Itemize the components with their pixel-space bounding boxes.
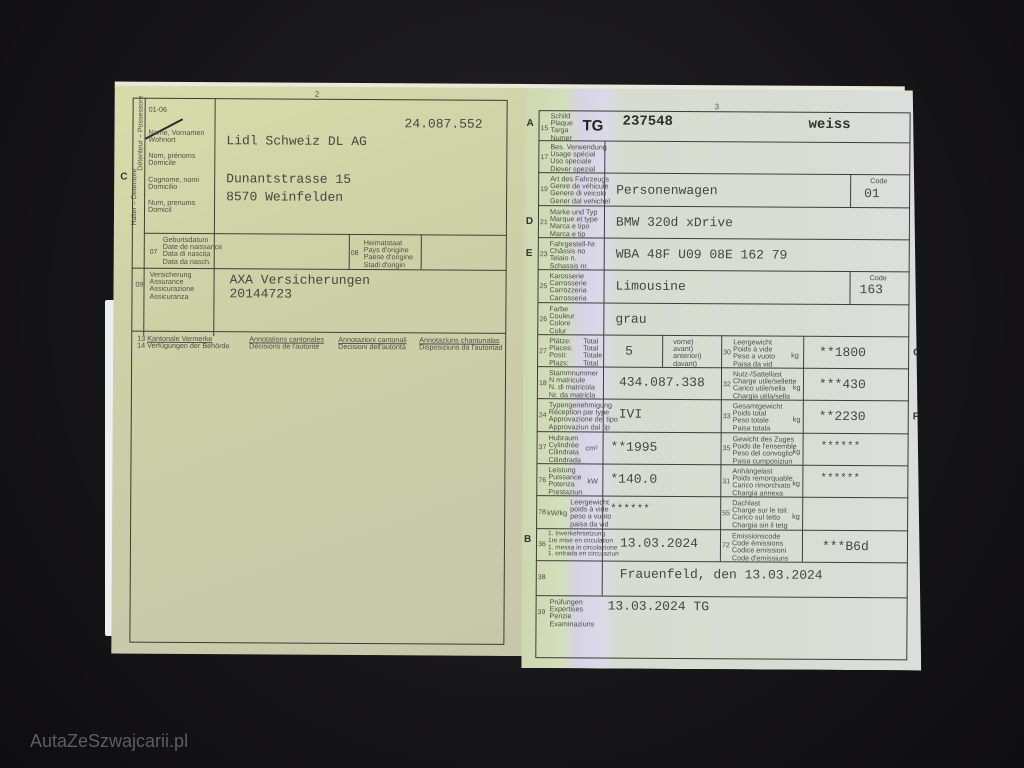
holder-label-it: Cognome, nomi Domicilio <box>148 176 199 191</box>
margin-letter-c: C <box>120 172 127 183</box>
total-weight-label: Gesamtgewicht Poids total Peso totale Pa… <box>733 402 783 431</box>
holder-side-label-top: Détenteur – Possessore <box>137 96 145 171</box>
field-09-number: 09 <box>136 282 144 289</box>
right-page-vehicle-section: 3 A D E B G F 15 Schild Plaque Ta <box>521 88 925 670</box>
seats-front-label: vorne) avant) anteriori) davant) <box>673 338 702 367</box>
section-number: 3 <box>715 102 720 111</box>
field-36-number: 36 <box>538 541 546 548</box>
field-25-number: 25 <box>540 283 548 290</box>
empty-weight-value: **1800 <box>819 345 866 360</box>
margin-letter-e: E <box>526 248 533 259</box>
field-23-number: 23 <box>540 251 548 258</box>
emission-code-value: ***B6d <box>822 539 869 554</box>
field-31-number: 31 <box>722 478 730 485</box>
emission-code-label: Emissionscode Code émissions Codice emis… <box>732 532 789 561</box>
field-26-number: 26 <box>539 316 547 323</box>
payload-label: Nutz-/Sattellast Charge utile/sellette C… <box>733 370 797 399</box>
origin-state-label: Heimatstaat Pays d'origine Paese d'origi… <box>364 239 414 268</box>
empty-weight-unit: kg <box>791 352 799 359</box>
holder-label-rm: Num, prenums Domicil <box>148 199 195 214</box>
body-label: Karosserie Carrosserie Carrozzeria Carro… <box>549 272 586 301</box>
type-approval-label: Typengenehmigung Réception par type Appr… <box>549 401 618 430</box>
holder-number: 24.087.552 <box>404 116 482 131</box>
first-registration-date: 13.03.2024 <box>620 536 698 551</box>
body-value: Limousine <box>616 279 686 294</box>
holder-label-de: Name, Vornamen Wohnort <box>148 129 204 144</box>
body-code-label: Code <box>870 274 887 281</box>
field-35-number: 35 <box>723 445 731 452</box>
payload-value: ***430 <box>819 377 866 392</box>
inspections-label: Prüfungen Expertises Perizie Examinaziun… <box>549 598 594 627</box>
section-number: 2 <box>315 90 320 99</box>
power-unit: kW <box>587 477 597 484</box>
inspections-value: 13.03.2024 TG <box>608 599 710 615</box>
make-model-label: Marke und Typ Marque et type Marca e tip… <box>550 208 598 237</box>
plate-number: 237548 <box>623 114 674 130</box>
watermark-text: AutaZeSzwajcarii.pl <box>30 731 188 752</box>
vehicle-type-code-label: Code <box>870 177 887 184</box>
field-38-number: 38 <box>538 574 546 581</box>
plate-label: Schild Plaque Targa Numer <box>550 112 573 141</box>
towing-weight-value: ****** <box>820 473 860 485</box>
chassis-label: Fahrgestell-Nr. Châssis no Telaio n. Sch… <box>550 240 597 269</box>
field-72-number: 72 <box>722 542 730 549</box>
field-30-number: 30 <box>723 349 731 356</box>
birthdate-label: Geburtsdatum Date de naissance Data di n… <box>163 236 223 265</box>
holder-city: 8570 Weinfelden <box>226 189 343 205</box>
make-model-value: BMW 320d xDrive <box>616 215 733 231</box>
field-27-number: 27 <box>539 348 547 355</box>
field-range-label: 01-06 <box>149 106 167 113</box>
margin-letter-b: B <box>524 534 531 545</box>
field-37-number: 37 <box>539 444 547 451</box>
displacement-unit: cm³ <box>586 444 598 451</box>
field-39-number: 39 <box>538 609 546 616</box>
holder-street: Dunantstrasse 15 <box>226 171 351 187</box>
margin-letter-f: F <box>913 411 919 422</box>
field-07-number: 07 <box>150 249 158 256</box>
field-55-number: 55 <box>722 510 730 517</box>
field-21-number: 21 <box>540 219 548 226</box>
margin-letter-a: A <box>527 118 534 129</box>
towing-weight-label: Anhängelast Poids remorquable Carico rim… <box>732 467 793 496</box>
seats-label: Plätze: Places: Posti: Plazs: <box>549 337 573 366</box>
train-weight-label: Gewicht des Zuges Poids de l'ensemble Pe… <box>732 435 796 464</box>
train-weight-unit: kg <box>793 448 801 455</box>
insurance-number: 20144723 <box>229 286 292 301</box>
total-weight-unit: kg <box>793 416 801 423</box>
seats-total-label: Total Total Totale Total <box>583 337 602 366</box>
vehicle-type-value: Personenwagen <box>616 183 718 199</box>
left-page-holder-section: 2 C Halter – Detentore Détenteur – Posse… <box>111 86 526 657</box>
field-08-number: 08 <box>351 250 359 257</box>
towing-weight-unit: kg <box>792 480 800 487</box>
total-weight-value: **2230 <box>819 409 866 424</box>
field-78-number: 78 <box>538 509 546 516</box>
seats-value: 5 <box>625 344 633 359</box>
special-use-label: Bes. Verwendung Usage spécial Uso specia… <box>550 143 607 172</box>
body-code: 163 <box>859 282 882 297</box>
holder-side-label-bottom: Halter – Detentore <box>131 168 139 225</box>
issue-place-date: Frauenfeld, den 13.03.2024 <box>620 567 823 583</box>
power-weight-unit-label: kW/kg <box>547 509 567 516</box>
color-label: Farbe Couleur Colore Colur <box>549 305 574 334</box>
field-32-number: 32 <box>723 381 731 388</box>
type-approval-value: IVI <box>619 407 642 422</box>
field-19-number: 19 <box>540 186 548 193</box>
color-value: grau <box>615 312 646 327</box>
annotation-rm: Annotaziuns chantunalas Disposiziuns da … <box>419 336 502 351</box>
vehicle-registration-document: 2 C Halter – Detentore Détenteur – Posse… <box>111 82 927 672</box>
power-weight-label: Leergewicht poids à vide peso a vuoto pa… <box>570 498 611 527</box>
plate-canton: TG <box>582 117 603 134</box>
annotation-fr: Annotations cantonales Décisions de l'au… <box>249 335 324 350</box>
master-number-label: Stammnummer N matricule N. di matricola … <box>549 369 598 398</box>
train-weight-value: ****** <box>821 441 861 453</box>
power-label: Leistung Puissance Potenza Prestaziun <box>548 466 582 495</box>
power-weight-value: ****** <box>610 504 650 516</box>
roof-load-unit: kg <box>792 513 800 520</box>
field-13-14-numbers: 13 14 <box>137 335 145 349</box>
field-17-number: 17 <box>540 154 548 161</box>
master-number-value: 434.087.338 <box>619 375 705 391</box>
power-value: *140.0 <box>610 472 657 487</box>
empty-weight-label: Leergewicht Poids à vide Peso a vuoto Pa… <box>733 338 775 367</box>
plate-color: weiss <box>808 117 850 133</box>
field-33-number: 33 <box>723 413 731 420</box>
annotation-de: Kantonale Vermerke Verfügungen der Behör… <box>147 335 229 350</box>
chassis-number: WBA 48F U09 08E 162 79 <box>616 247 788 263</box>
insurance-label: Versicherung Assurance Assicurazione Ass… <box>149 271 194 300</box>
field-15-number: 15 <box>540 125 548 132</box>
margin-letter-g: G <box>913 347 921 358</box>
displacement-value: **1995 <box>611 440 658 455</box>
margin-letter-d: D <box>526 216 533 227</box>
first-registration-label: 1. Inverkehrsetzung 1re mise en circulat… <box>548 531 619 559</box>
payload-unit: kg <box>793 384 801 391</box>
vehicle-type-code: 01 <box>864 186 880 201</box>
vehicle-type-label: Art des Fahrzeugs Genre de véhicule Gene… <box>550 175 610 204</box>
roof-load-label: Dachlast Charge sur le toit Carico sul t… <box>732 499 788 528</box>
displacement-label: Hubraum Cylindrée Cilindrata Cilindrada <box>548 434 581 463</box>
annotation-it: Annotazioni cantonali Decisioni dell'aut… <box>338 336 406 351</box>
field-18-number: 18 <box>539 380 547 387</box>
holder-name: Lidl Schweiz DL AG <box>226 133 367 149</box>
field-76-number: 76 <box>538 477 546 484</box>
holder-label-fr: Nom, prénoms Domicile <box>148 152 195 167</box>
field-24-number: 24 <box>539 412 547 419</box>
